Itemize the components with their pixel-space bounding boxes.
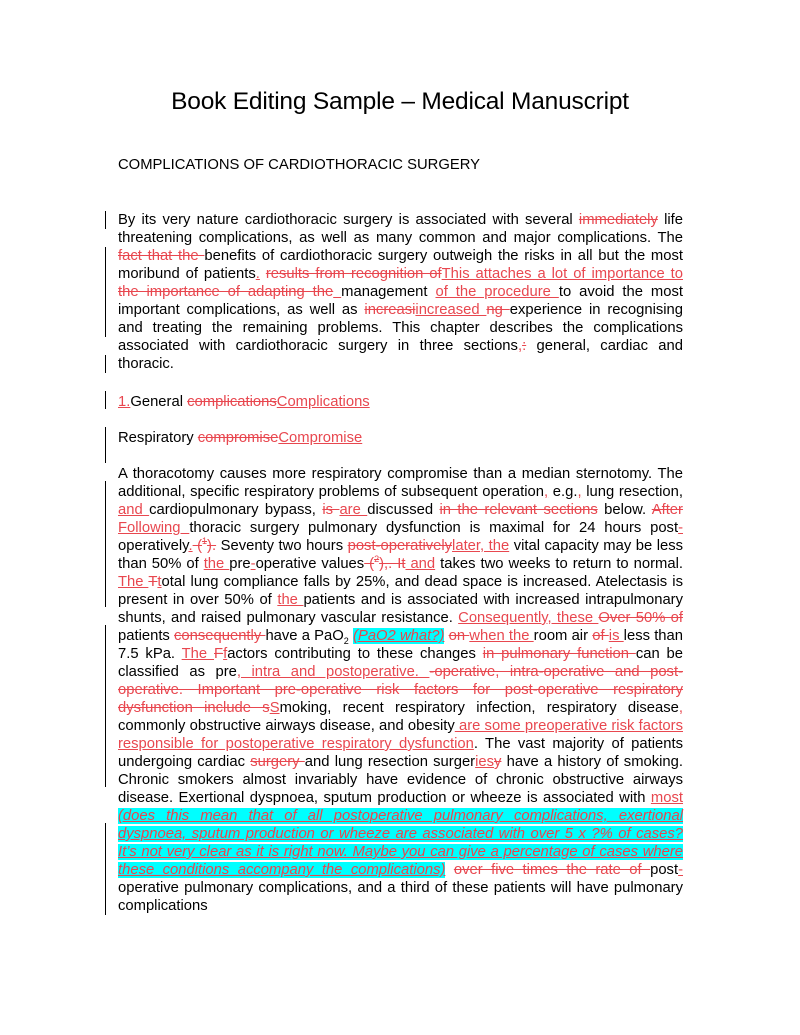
insertion[interactable]: [333, 284, 341, 300]
text-run: moking, recent respiratory infection, re…: [280, 700, 679, 716]
text-run: operative pulmonary complications, and a…: [118, 880, 683, 914]
text-run: post: [650, 862, 678, 878]
text-run: By its very nature cardiothoracic surger…: [118, 212, 579, 228]
change-bar: [105, 355, 106, 373]
insertion[interactable]: and: [405, 556, 435, 572]
text-run: Respiratory: [118, 430, 198, 446]
text-run: patients: [118, 628, 174, 644]
insertion[interactable]: the: [204, 556, 230, 572]
deletion[interactable]: results from recognition of: [266, 266, 442, 282]
text-run: room air: [534, 628, 593, 644]
text-run: have a PaO: [265, 628, 343, 644]
deletion[interactable]: ng: [486, 302, 509, 318]
chapter-heading: COMPLICATIONS OF CARDIOTHORACIC SURGERY: [118, 157, 480, 173]
insertion[interactable]: 1.: [118, 394, 130, 410]
deletion[interactable]: in pulmonary function: [483, 646, 636, 662]
insertion[interactable]: are: [339, 502, 367, 518]
text-run: e.g.: [548, 484, 577, 500]
text-run: General: [130, 394, 187, 410]
deletion[interactable]: ).: [207, 538, 216, 554]
deletion[interactable]: surgery: [250, 754, 305, 770]
insertion[interactable]: S: [270, 700, 280, 716]
text-run: and lung resection surger: [305, 754, 475, 770]
text-run: operative values: [256, 556, 365, 572]
insertion[interactable]: the: [277, 592, 303, 608]
insertion[interactable]: is: [609, 628, 624, 644]
deletion[interactable]: post-operatively: [348, 538, 452, 554]
section-heading-general[interactable]: 1.General complicationsComplications: [118, 393, 683, 411]
insertion[interactable]: This attaches a lot of importance to: [442, 266, 683, 282]
deletion[interactable]: increasi: [364, 302, 415, 318]
text-run: pre: [229, 556, 250, 572]
insertion[interactable]: and: [118, 502, 149, 518]
insertion[interactable]: Consequently, these: [458, 610, 598, 626]
change-bar: [105, 391, 106, 409]
insertion[interactable]: Complications: [277, 394, 370, 410]
text-run: Seventy two hours: [216, 538, 348, 554]
insertion[interactable]: The: [118, 574, 148, 590]
text-run: thoracic surgery pulmonary dysfunction i…: [189, 520, 678, 536]
change-bar: [105, 625, 106, 787]
deletion[interactable]: over five times the rate of: [454, 862, 650, 878]
text-run: below.: [598, 502, 652, 518]
insertion[interactable]: increased: [415, 302, 486, 318]
insertion[interactable]: most: [651, 790, 683, 806]
change-bar: [105, 247, 106, 337]
deletion[interactable]: the importance of adapting the: [118, 284, 333, 300]
insertion[interactable]: Following: [118, 520, 189, 536]
deletion[interactable]: After: [652, 502, 683, 518]
insertion[interactable]: -: [678, 520, 683, 536]
text-run: cardiopulmonary bypass,: [149, 502, 322, 518]
respiratory-paragraph[interactable]: A thoracotomy causes more respiratory co…: [118, 465, 683, 915]
text-run: discussed: [367, 502, 439, 518]
editor-comment[interactable]: (PaO2 what?): [353, 628, 444, 644]
deletion[interactable]: ),. It: [379, 556, 405, 572]
insertion[interactable]: ies: [475, 754, 494, 770]
document-title: Book Editing Sample – Medical Manuscript: [0, 88, 800, 116]
text-run: management: [341, 284, 435, 300]
deletion[interactable]: (: [364, 556, 374, 572]
intro-paragraph[interactable]: By its very nature cardiothoracic surger…: [118, 211, 683, 373]
deletion[interactable]: immediately: [579, 212, 658, 228]
deletion[interactable]: consequently: [174, 628, 265, 644]
insertion[interactable]: -: [678, 862, 683, 878]
subsection-heading-respiratory[interactable]: Respiratory compromiseCompromise: [118, 429, 683, 447]
insertion[interactable]: later, the: [452, 538, 509, 554]
insertion[interactable]: Compromise: [278, 430, 362, 446]
text-run: commonly obstructive airways disease, an…: [118, 718, 455, 734]
change-bar: [105, 481, 106, 607]
insertion[interactable]: The: [182, 646, 214, 662]
insertion[interactable]: ,: [679, 700, 683, 716]
deletion[interactable]: of: [592, 628, 609, 644]
deletion[interactable]: F: [214, 646, 223, 662]
text-run: [445, 862, 453, 878]
deletion[interactable]: compromise: [198, 430, 279, 446]
deletion[interactable]: on: [449, 628, 470, 644]
insertion[interactable]: of the procedure: [435, 284, 558, 300]
deletion[interactable]: is: [322, 502, 339, 518]
change-bar: [105, 823, 106, 915]
deletion[interactable]: complications: [187, 394, 277, 410]
text-run: lung resection,: [582, 484, 683, 500]
text-run: actors contributing to these changes: [227, 646, 483, 662]
change-bar: [105, 427, 106, 463]
insertion[interactable]: , intra and postoperative.: [237, 664, 430, 680]
insertion[interactable]: when the: [469, 628, 533, 644]
text-run: takes two weeks to return to normal.: [435, 556, 683, 572]
change-bar: [105, 211, 106, 229]
deletion[interactable]: fact that the: [118, 248, 204, 264]
deletion[interactable]: in the relevant sections: [439, 502, 597, 518]
deletion[interactable]: Over 50% of: [598, 610, 683, 626]
deletion[interactable]: (: [193, 538, 202, 554]
text-run: operatively: [118, 538, 188, 554]
